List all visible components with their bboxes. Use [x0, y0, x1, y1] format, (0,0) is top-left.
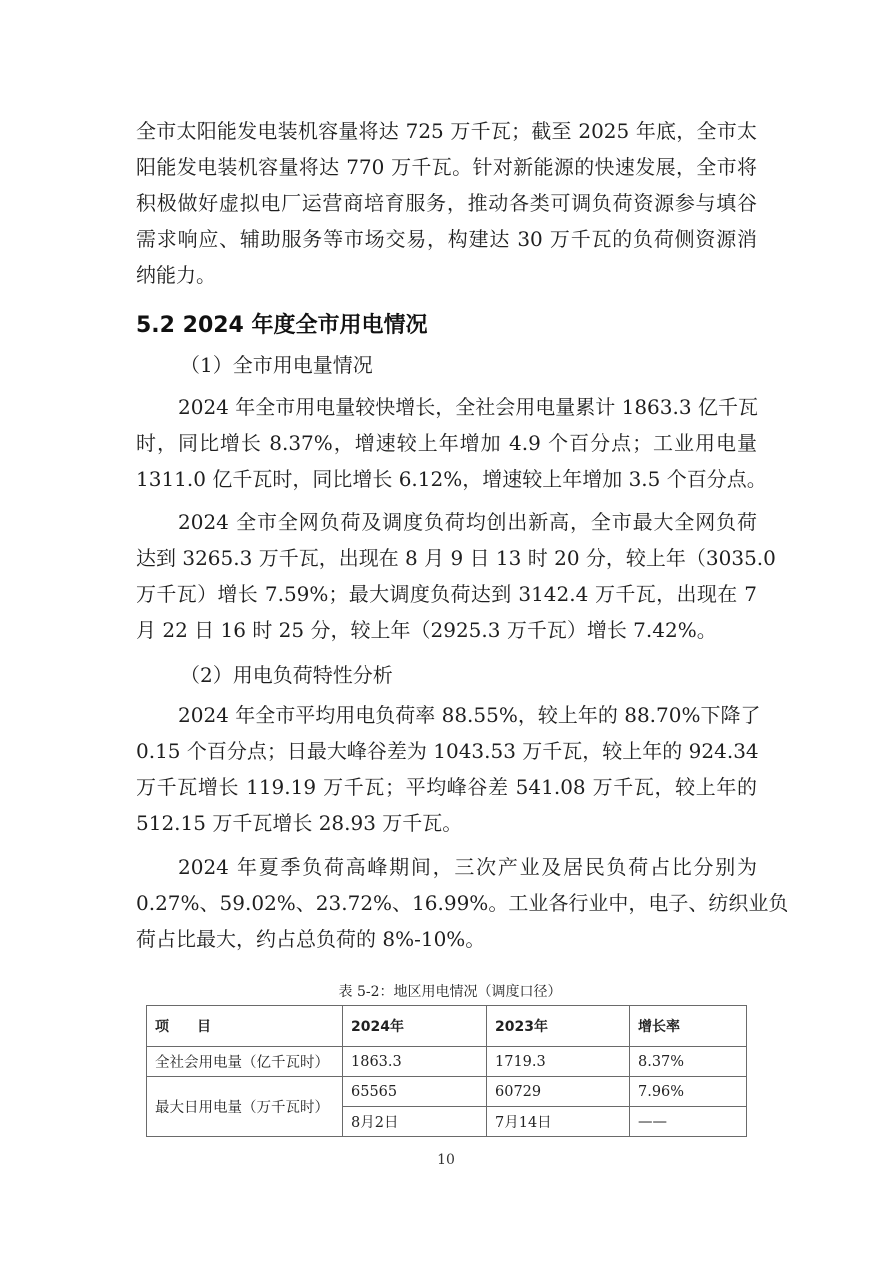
cell-2023: 1719.3: [487, 1047, 630, 1077]
cell-item: 最大日用电量（万千瓦时）: [147, 1077, 343, 1137]
subheading-electricity-consumption: （1）全市用电量情况: [180, 353, 373, 377]
text-line: 需求响应、辅助服务等市场交易，构建达 30 万千瓦的负荷侧资源消: [136, 227, 757, 251]
text-line: 1311.0 亿千瓦时，同比增长 6.12%，增速较上年增加 3.5 个百分点。: [136, 467, 757, 491]
text-line: 2024 年全市用电量较快增长，全社会用电量累计 1863.3 亿千瓦: [178, 395, 757, 419]
cell-2024: 8月2日: [343, 1107, 487, 1137]
cell-2024: 65565: [343, 1077, 487, 1107]
text-line: 2024 全市全网负荷及调度负荷均创出新高，全市最大全网负荷: [178, 510, 757, 534]
text-line: 全市太阳能发电装机容量将达 725 万千瓦；截至 2025 年底，全市太: [136, 119, 757, 143]
subheading-load-characteristics: （2）用电负荷特性分析: [180, 663, 393, 687]
table-row: 最大日用电量（万千瓦时） 65565 60729 7.96%: [147, 1077, 747, 1107]
text-line: 0.15 个百分点；日最大峰谷差为 1043.53 万千瓦，较上年的 924.3…: [136, 739, 757, 763]
regional-electricity-table: 项 目 2024年 2023年 增长率 全社会用电量（亿千瓦时） 1863.3 …: [146, 1005, 747, 1137]
text-line: 2024 年全市平均用电负荷率 88.55%，较上年的 88.70%下降了: [178, 703, 757, 727]
text-line: 512.15 万千瓦增长 28.93 万千瓦。: [136, 811, 757, 835]
cell-2023: 60729: [487, 1077, 630, 1107]
text-line: 荷占比最大，约占总负荷的 8%-10%。: [136, 927, 757, 951]
cell-2023: 7月14日: [487, 1107, 630, 1137]
table-caption: 表 5-2：地区用电情况（调度口径）: [0, 982, 892, 1002]
header-item: 项 目: [147, 1006, 343, 1047]
cell-growth: 7.96%: [630, 1077, 747, 1107]
text-line: 2024 年夏季负荷高峰期间，三次产业及居民负荷占比分别为: [178, 855, 757, 879]
cell-2024: 1863.3: [343, 1047, 487, 1077]
cell-item: 全社会用电量（亿千瓦时）: [147, 1047, 343, 1077]
header-2023: 2023年: [487, 1006, 630, 1047]
header-2024: 2024年: [343, 1006, 487, 1047]
text-line: 积极做好虚拟电厂运营商培育服务，推动各类可调负荷资源参与填谷: [136, 191, 757, 215]
text-line: 达到 3265.3 万千瓦，出现在 8 月 9 日 13 时 20 分，较上年（…: [136, 546, 757, 570]
header-growth: 增长率: [630, 1006, 747, 1047]
page-number: 10: [0, 1152, 892, 1168]
text-line: 时，同比增长 8.37%，增速较上年增加 4.9 个百分点；工业用电量: [136, 431, 757, 455]
section-heading: 5.2 2024 年度全市用电情况: [136, 312, 428, 340]
text-line: 月 22 日 16 时 25 分，较上年（2925.3 万千瓦）增长 7.42%…: [136, 618, 757, 642]
text-line: 0.27%、59.02%、23.72%、16.99%。工业各行业中，电子、纺织业…: [136, 891, 757, 915]
table-row: 全社会用电量（亿千瓦时） 1863.3 1719.3 8.37%: [147, 1047, 747, 1077]
text-line: 万千瓦）增长 7.59%；最大调度负荷达到 3142.4 万千瓦，出现在 7: [136, 582, 757, 606]
cell-growth: ——: [630, 1107, 747, 1137]
cell-growth: 8.37%: [630, 1047, 747, 1077]
text-line: 纳能力。: [136, 263, 757, 287]
text-line: 万千瓦增长 119.19 万千瓦；平均峰谷差 541.08 万千瓦，较上年的: [136, 775, 757, 799]
text-line: 阳能发电装机容量将达 770 万千瓦。针对新能源的快速发展，全市将: [136, 155, 757, 179]
table-header-row: 项 目 2024年 2023年 增长率: [147, 1006, 747, 1047]
